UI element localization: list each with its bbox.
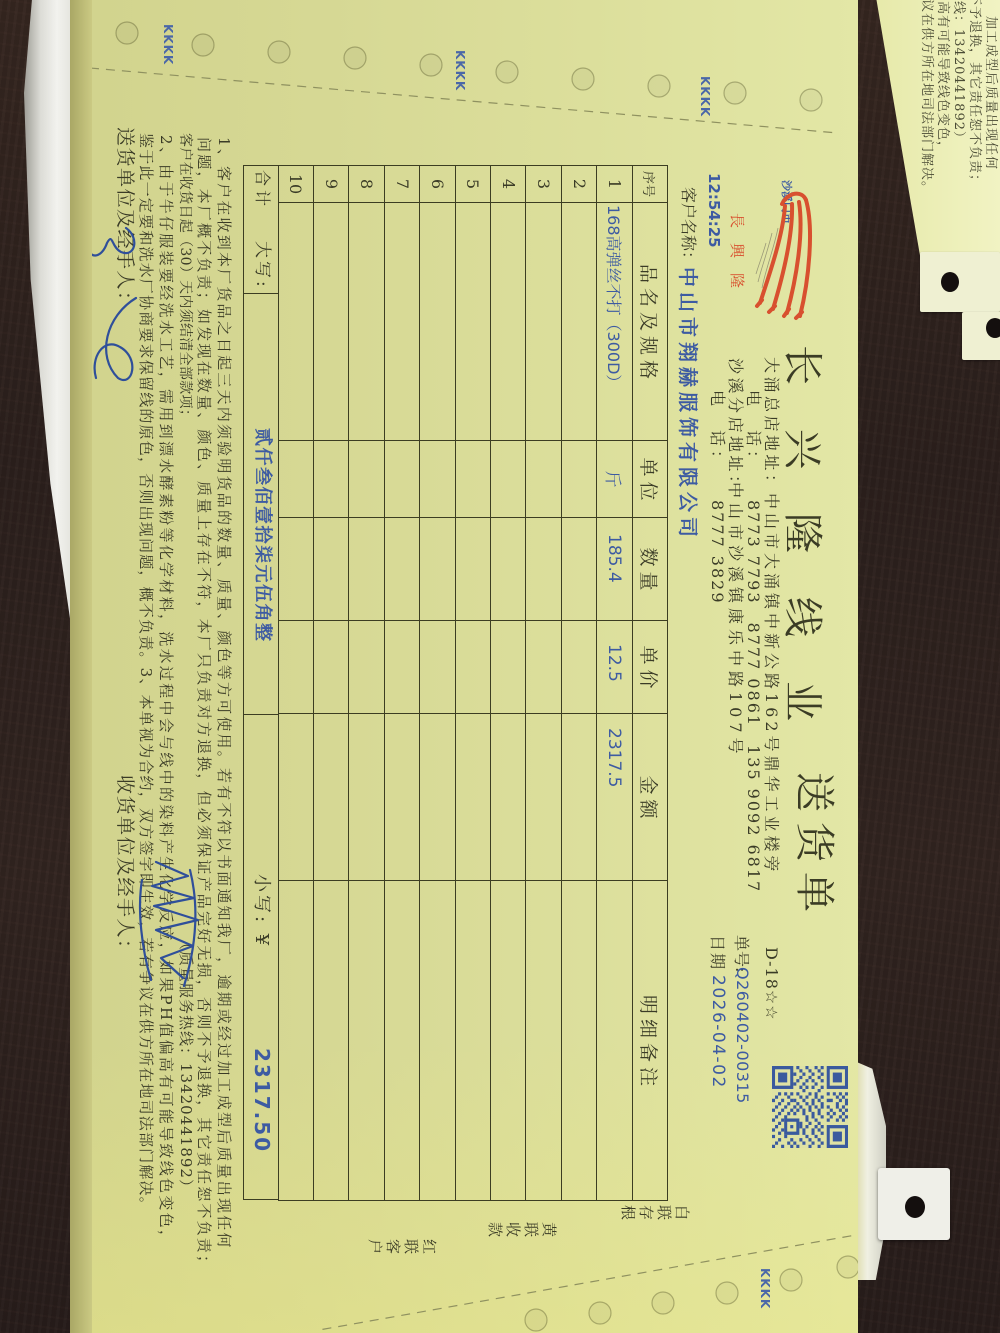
receiver-signature-stroke [184, 870, 195, 986]
punch-hole-icon [986, 318, 1000, 338]
punch-hole-icon [941, 272, 959, 292]
handwritten-signatures [92, 0, 858, 1333]
sheet-tear-tab [962, 312, 1000, 360]
background-sheet-line: 务热线：13420441892） [952, 0, 965, 145]
receiver-signature-stroke [140, 880, 151, 980]
sender-signature-stroke [95, 298, 136, 380]
punch-hole-icon [905, 1196, 925, 1218]
delivery-note: KKKK KKKK KKKK KKKK 沙溪门市 長興隆 长兴隆线业 送货单 大… [92, 0, 858, 1333]
white-tear-tab [878, 1168, 950, 1240]
background-sheet-line: 否则不予退换，其它责任恕不负责； [968, 0, 981, 188]
background-sheet-line: 加工成型后质量出现任何 [984, 16, 997, 170]
sheet-tear-tab [920, 252, 1000, 312]
background-sheet-line: 议在供方所在地司法部门解决。 [920, 0, 933, 195]
background-sheet-line: 高有可能导致线色变色， [936, 1, 949, 155]
sender-signature-stroke [92, 228, 134, 256]
